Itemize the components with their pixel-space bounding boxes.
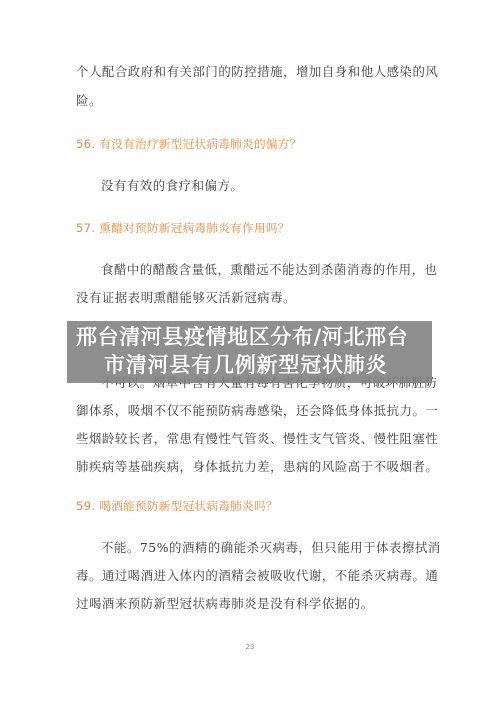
overlay-title-banner: 邢台清河县疫情地区分布/河北邢台 市清河县有几例新型冠状肺炎 (67, 321, 432, 383)
section-56-body-line-1: 没有有效的食疗和偏方。 (101, 178, 243, 194)
page-number: 23 (0, 643, 500, 651)
section-57-body-line-1: 食醋中的醋酸含量低，熏醋远不能达到杀菌消毒的作用，也 (101, 262, 437, 278)
section-57-body-line-2: 没有证据表明熏醋能够灭活新冠病毒。 (76, 290, 296, 306)
banner-title-line-2: 市清河县有几例新型冠状肺炎 (104, 352, 387, 378)
banner-title-line-1: 邢台清河县疫情地区分布/河北邢台 (76, 324, 408, 350)
section-59-body-line-2: 毒。通过喝酒进入体内的酒精会被吸收代谢，不能杀灭病毒。通 (76, 568, 438, 584)
section-58-body-line-3: 些烟龄较长者，常患有慢性气管炎、慢性支气管炎、慢性阻塞性 (76, 431, 438, 447)
section-59-body-line-1: 不能。75%的酒精的确能杀灭病毒，但只能用于体表擦拭消 (101, 540, 441, 556)
section-heading-56: 56. 有没有治疗新型冠状病毒肺炎的偏方？ (76, 136, 302, 152)
section-58-body-line-2: 御体系，吸烟不仅不能预防病毒感染，还会降低身体抵抗力。一 (76, 403, 438, 419)
section-heading-57: 57. 熏醋对预防新冠病毒肺炎有作用吗？ (76, 220, 290, 236)
document-page: 个人配合政府和有关部门的防控措施，增加自身和他人感染的风 险。 56. 有没有治… (0, 0, 500, 706)
section-59-body-line-3: 过喝酒来预防新型冠状病毒肺炎是没有科学依据的。 (76, 596, 374, 612)
intro-line-2: 险。 (76, 93, 102, 109)
section-heading-59: 59. 喝酒能预防新型冠状病毒肺炎吗？ (76, 498, 278, 514)
intro-line-1: 个人配合政府和有关部门的防控措施，增加自身和他人感染的风 (76, 64, 438, 80)
section-58-body-line-4: 肺疾病等基础疾病，身体抵抗力差，患病的风险高于不吸烟者。 (76, 459, 438, 475)
